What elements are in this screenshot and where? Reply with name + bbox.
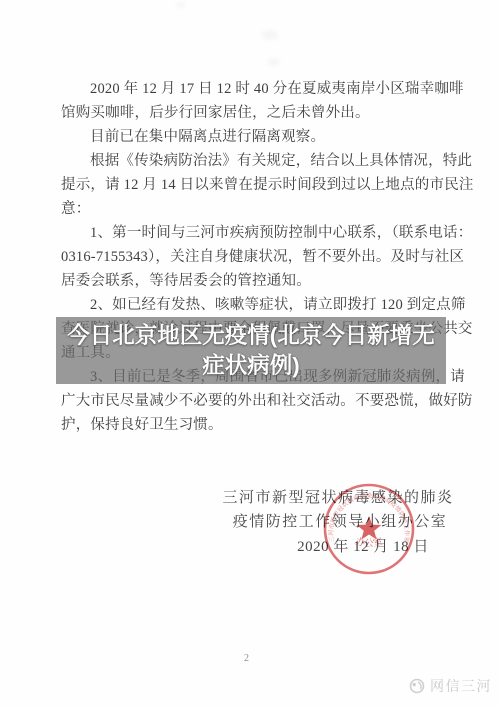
document-line: 目前已在集中隔离点进行隔离观察。 [61, 125, 439, 149]
headline-line1: 今日北京地区无疫情(北京今日新增无 [67, 321, 435, 351]
scan-artifact [176, 2, 186, 8]
document-line: 2020 年 12 月 17 日 12 时 40 分在夏威夷南岸小区瑞幸咖啡 [61, 77, 439, 101]
svg-text:办公室: 办公室 [354, 535, 384, 549]
document-page: 2020 年 12 月 17 日 12 时 40 分在夏威夷南岸小区瑞幸咖啡馆购… [0, 0, 500, 706]
page-number: 2 [244, 653, 249, 664]
document-line: 意： [61, 197, 439, 221]
watermark-label: 网信三河 [430, 676, 492, 696]
wangxin-sanhe-logo-icon [408, 677, 426, 695]
document-line: 根据《传染病防治法》有关规定，结合以上具体情况，特此 [61, 149, 439, 173]
seal-star-icon [357, 516, 382, 540]
scan-artifact [262, 30, 278, 40]
seal-bottom-text: 办公室 [354, 535, 384, 549]
scan-artifact [268, 58, 280, 66]
official-seal: 三河市新型冠状病毒感染的肺炎疫情防控工作领导小组 办公室 [322, 482, 416, 576]
document-line: 广大市民尽量减少不必要的外出和社交活动。不要恐慌，做好防 [61, 389, 439, 413]
headline-overlay: 今日北京地区无疫情(北京今日新增无 症状病例) [56, 317, 446, 384]
document-line: 居委会联系，等待居委会的管控通知。 [61, 269, 439, 293]
watermark: 网信三河 [408, 676, 492, 696]
document-line: 馆购买咖啡，后步行回家居住，之后未曾外出。 [61, 101, 439, 125]
document-line: 提示，请 12 月 14 日以来曾在提示时间段到过以上地点的市民注 [61, 173, 439, 197]
document-line: 2、如已经有发热、咳嗽等症状，请立即拨打 120 到定点筛 [61, 293, 439, 317]
document-line: 1、第一时间与三河市疾病预防控制中心联系，（联系电话： [61, 221, 439, 245]
document-line: 护，保持良好卫生习惯。 [61, 413, 439, 437]
document-line: 0316-7155343），关注自身健康状况，暂不要外出。及时与社区 [61, 245, 439, 269]
headline-line2: 症状病例) [202, 351, 300, 381]
